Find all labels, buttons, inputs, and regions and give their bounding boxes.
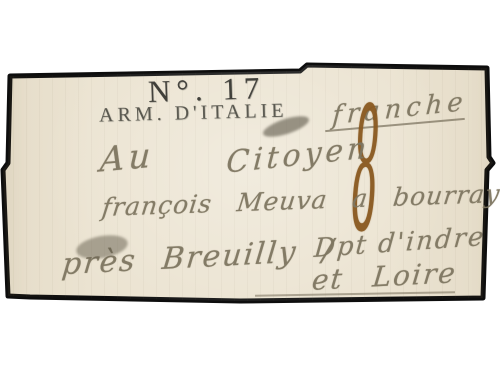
photo-of-postal-cover: N°. 17 ARM. D'ITALIE franche 8 Au Citoye…: [0, 0, 500, 375]
postmark-army-name: ARM. D'ITALIE: [99, 100, 288, 128]
address-salutation: Au: [99, 135, 155, 180]
